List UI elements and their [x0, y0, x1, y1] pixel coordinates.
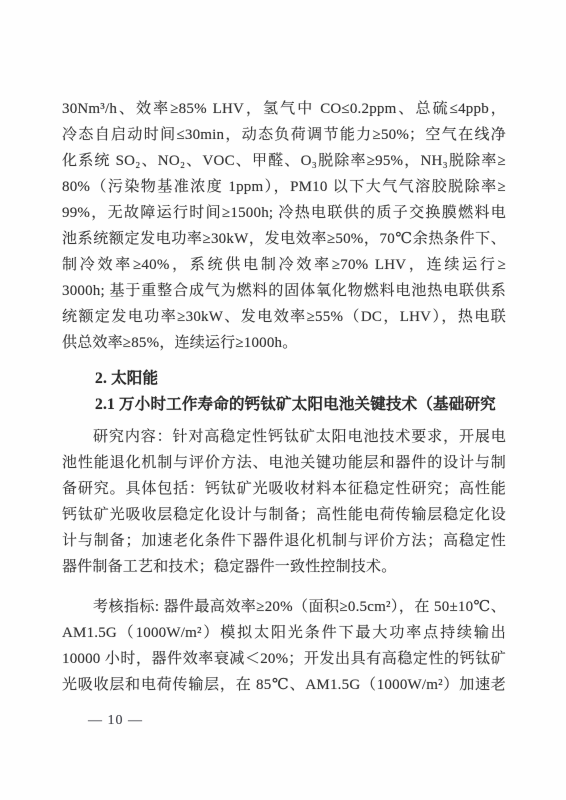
text-line: 钙钛矿光吸收层稳定化设计与制备；高性能电荷传输层稳定化设: [62, 502, 506, 528]
text-line: 器件制备工艺和技术；稳定器件一致性控制技术。: [62, 554, 506, 580]
paragraph-research-content: 研究内容：针对高稳定性钙钛矿太阳电池技术要求，开展电 池性能退化机制与评价方法、…: [62, 424, 506, 580]
text-line: AM1.5G（1000W/m²）模拟太阳光条件下最大功率点持续输出: [62, 620, 506, 646]
document-page: 30Nm³/h、效率≥85% LHV，氢气中 CO≤0.2ppm、总硫≤4ppb…: [0, 0, 566, 800]
text-line: 10000 小时，器件效率衰减＜20%；开发出具有高稳定性的钙钛矿: [62, 646, 506, 672]
text-line: 3000h; 基于重整合成气为燃料的固体氧化物燃料电池热电联供系: [62, 278, 506, 304]
text-line: 供总效率≥85%，连续运行≥1000h。: [62, 330, 506, 356]
text-block: 30Nm³/h、效率≥85% LHV，氢气中 CO≤0.2ppm、总硫≤4ppb…: [62, 96, 506, 698]
text-line: 80%（污染物基准浓度 1ppm），PM10 以下大气气溶胶脱除率≥: [62, 174, 506, 200]
text-line: 光吸收层和电荷传输层，在 85℃、AM1.5G（1000W/m²）加速老: [62, 672, 506, 698]
paragraph-assessment-metrics: 考核指标: 器件最高效率≥20%（面积≥0.5cm²），在 50±10℃、 AM…: [62, 594, 506, 698]
text-line: 统额定发电功率≥30kW、发电效率≥55%（DC，LHV），热电联: [62, 304, 506, 330]
paragraph-fuelcell-specs: 30Nm³/h、效率≥85% LHV，氢气中 CO≤0.2ppm、总硫≤4ppb…: [62, 96, 506, 356]
subsection-heading-perovskite: 2.1 万小时工作寿命的钙钛矿太阳电池关键技术（基础研究类）: [62, 392, 506, 418]
page-number: — 10 —: [88, 712, 143, 730]
text-line: 池系统额定发电功率≥30kW，发电效率≥50%，70℃余热条件下、: [62, 226, 506, 252]
text-line: 备研究。具体包括：钙钛矿光吸收材料本征稳定性研究；高性能: [62, 476, 506, 502]
text-line: 化系统 SO₂、NO₂、VOC、甲醛、O₃脱除率≥95%，NH₃脱除率≥: [62, 148, 506, 174]
text-line: 计与制备；加速老化条件下器件退化机制与评价方法；高稳定性: [62, 528, 506, 554]
text-line: 冷态自启动时间≤30min，动态负荷调节能力≥50%；空气在线净: [62, 122, 506, 148]
text-line: 制冷效率≥40%，系统供电制冷效率≥70% LHV，连续运行≥: [62, 252, 506, 278]
section-heading-solar: 2. 太阳能: [62, 366, 506, 392]
text-line: 池性能退化机制与评价方法、电池关键功能层和器件的设计与制: [62, 450, 506, 476]
text-line: 30Nm³/h、效率≥85% LHV，氢气中 CO≤0.2ppm、总硫≤4ppb…: [62, 96, 506, 122]
text-line: 99%，无故障运行时间≥1500h; 冷热电联供的质子交换膜燃料电: [62, 200, 506, 226]
text-line: 研究内容：针对高稳定性钙钛矿太阳电池技术要求，开展电: [62, 424, 506, 450]
text-line: 考核指标: 器件最高效率≥20%（面积≥0.5cm²），在 50±10℃、: [62, 594, 506, 620]
